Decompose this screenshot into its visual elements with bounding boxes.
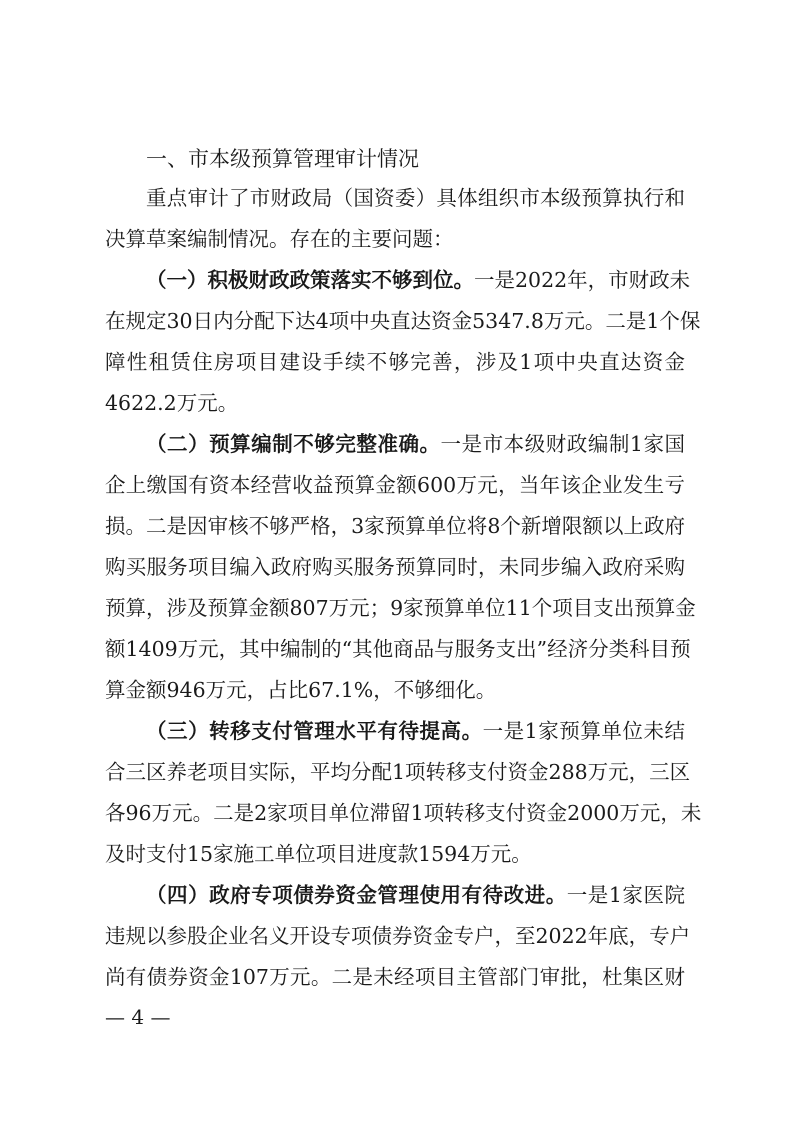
subsection-1-title: （一）积极财政政策落实不够到位。: [146, 268, 474, 292]
subsection-3-first-line: （三）转移支付管理水平有待提高。一是1家预算单位未结: [146, 717, 685, 745]
paragraph-line: 合三区养老项目实际，平均分配1项转移支付资金288万元，三区: [105, 758, 685, 786]
subsection-3-title: （三）转移支付管理水平有待提高。: [146, 719, 483, 743]
paragraph-text: 一是市本级财政编制1家国: [441, 432, 685, 456]
paragraph-line: 障性租赁住房项目建设手续不够完善，涉及1项中央直达资金: [105, 348, 685, 376]
subsection-4-first-line: （四）政府专项债券资金管理使用有待改进。一是1家医院: [146, 881, 685, 909]
subsection-2-first-line: （二）预算编制不够完整准确。一是市本级财政编制1家国: [146, 430, 685, 458]
paragraph-line: 企上缴国有资本经营收益预算金额600万元，当年该企业发生亏: [105, 471, 685, 499]
subsection-2-title: （二）预算编制不够完整准确。: [146, 432, 441, 456]
paragraph-line: 额1409万元，其中编制的“其他商品与服务支出”经济分类科目预: [105, 635, 685, 663]
paragraph-line: 违规以参股企业名义开设专项债券资金专户，至2022年底，专户: [105, 922, 685, 950]
subsection-4-title: （四）政府专项债券资金管理使用有待改进。: [146, 883, 567, 907]
subsection-1-first-line: （一）积极财政政策落实不够到位。一是2022年，市财政未: [146, 266, 685, 294]
paragraph-line: 4622.2万元。: [105, 389, 685, 417]
intro-line: 重点审计了市财政局（国资委）具体组织市本级预算执行和: [146, 184, 685, 212]
section-heading: 一、市本级预算管理审计情况: [146, 145, 419, 173]
paragraph-line: 损。二是因审核不够严格，3家预算单位将8个新增限额以上政府: [105, 512, 685, 540]
paragraph-line: 购买服务项目编入政府购买服务预算同时，未同步编入政府采购: [105, 553, 685, 581]
paragraph-line: 尚有债券资金107万元。二是未经项目主管部门审批，杜集区财: [105, 963, 685, 991]
paragraph-line: 各96万元。二是2家项目单位滞留1项转移支付资金2000万元，未: [105, 799, 685, 827]
page-number: — 4 —: [105, 1003, 170, 1031]
paragraph-text: 一是2022年，市财政未: [474, 268, 690, 292]
paragraph-line: 算金额946万元，占比67.1%，不够细化。: [105, 676, 685, 704]
paragraph-text: 一是1家医院: [567, 883, 685, 907]
paragraph-line: 及时支付15家施工单位项目进度款1594万元。: [105, 840, 685, 868]
paragraph-text: 一是1家预算单位未结: [483, 719, 685, 743]
document-page: 一、市本级预算管理审计情况 重点审计了市财政局（国资委）具体组织市本级预算执行和…: [0, 0, 793, 1122]
paragraph-line: 预算，涉及预算金额807万元；9家预算单位11个项目支出预算金: [105, 594, 685, 622]
paragraph-line: 在规定30日内分配下达4项中央直达资金5347.8万元。二是1个保: [105, 307, 685, 335]
intro-line: 决算草案编制情况。存在的主要问题：: [105, 225, 685, 253]
